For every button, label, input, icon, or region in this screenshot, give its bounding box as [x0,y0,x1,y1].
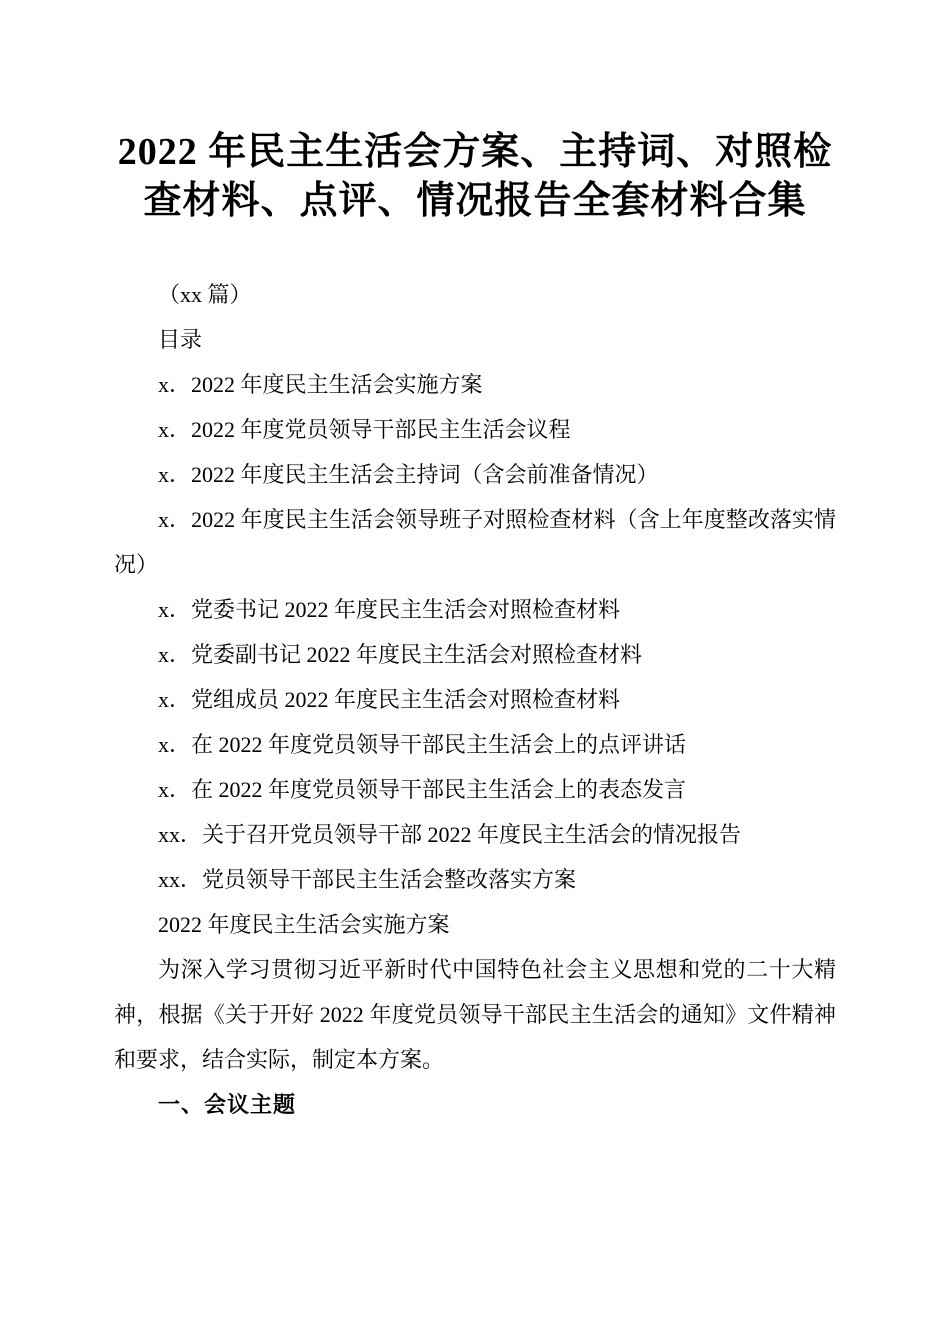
document-page: 2022 年民主生活会方案、主持词、对照检查材料、点评、情况报告全套材料合集 （… [0,0,950,1344]
toc-item: xx．党员领导干部民主生活会整改落实方案 [114,857,836,902]
toc-item: x．2022 年度民主生活会领导班子对照检查材料（含上年度整改落实情况） [114,497,836,587]
toc-heading: 目录 [114,317,836,362]
toc-item: x．2022 年度民主生活会实施方案 [114,362,836,407]
toc-item: x．在 2022 年度党员领导干部民主生活会上的点评讲话 [114,722,836,767]
toc-item: xx．关于召开党员领导干部 2022 年度民主生活会的情况报告 [114,812,836,857]
toc-item: x．在 2022 年度党员领导干部民主生活会上的表态发言 [114,767,836,812]
toc-item: x．党委副书记 2022 年度民主生活会对照检查材料 [114,632,836,677]
toc-item: x．2022 年度民主生活会主持词（含会前准备情况） [114,452,836,497]
document-body: （xx 篇） 目录 x．2022 年度民主生活会实施方案 x．2022 年度党员… [114,272,836,1127]
toc-item: x．2022 年度党员领导干部民主生活会议程 [114,407,836,452]
section-heading-1: 一、会议主题 [114,1082,836,1127]
subtitle-count: （xx 篇） [114,272,836,317]
section-title: 2022 年度民主生活会实施方案 [114,902,836,947]
document-title: 2022 年民主生活会方案、主持词、对照检查材料、点评、情况报告全套材料合集 [114,128,836,226]
toc-item: x．党委书记 2022 年度民主生活会对照检查材料 [114,587,836,632]
intro-paragraph: 为深入学习贯彻习近平新时代中国特色社会主义思想和党的二十大精神，根据《关于开好 … [114,947,836,1082]
toc-item: x．党组成员 2022 年度民主生活会对照检查材料 [114,677,836,722]
